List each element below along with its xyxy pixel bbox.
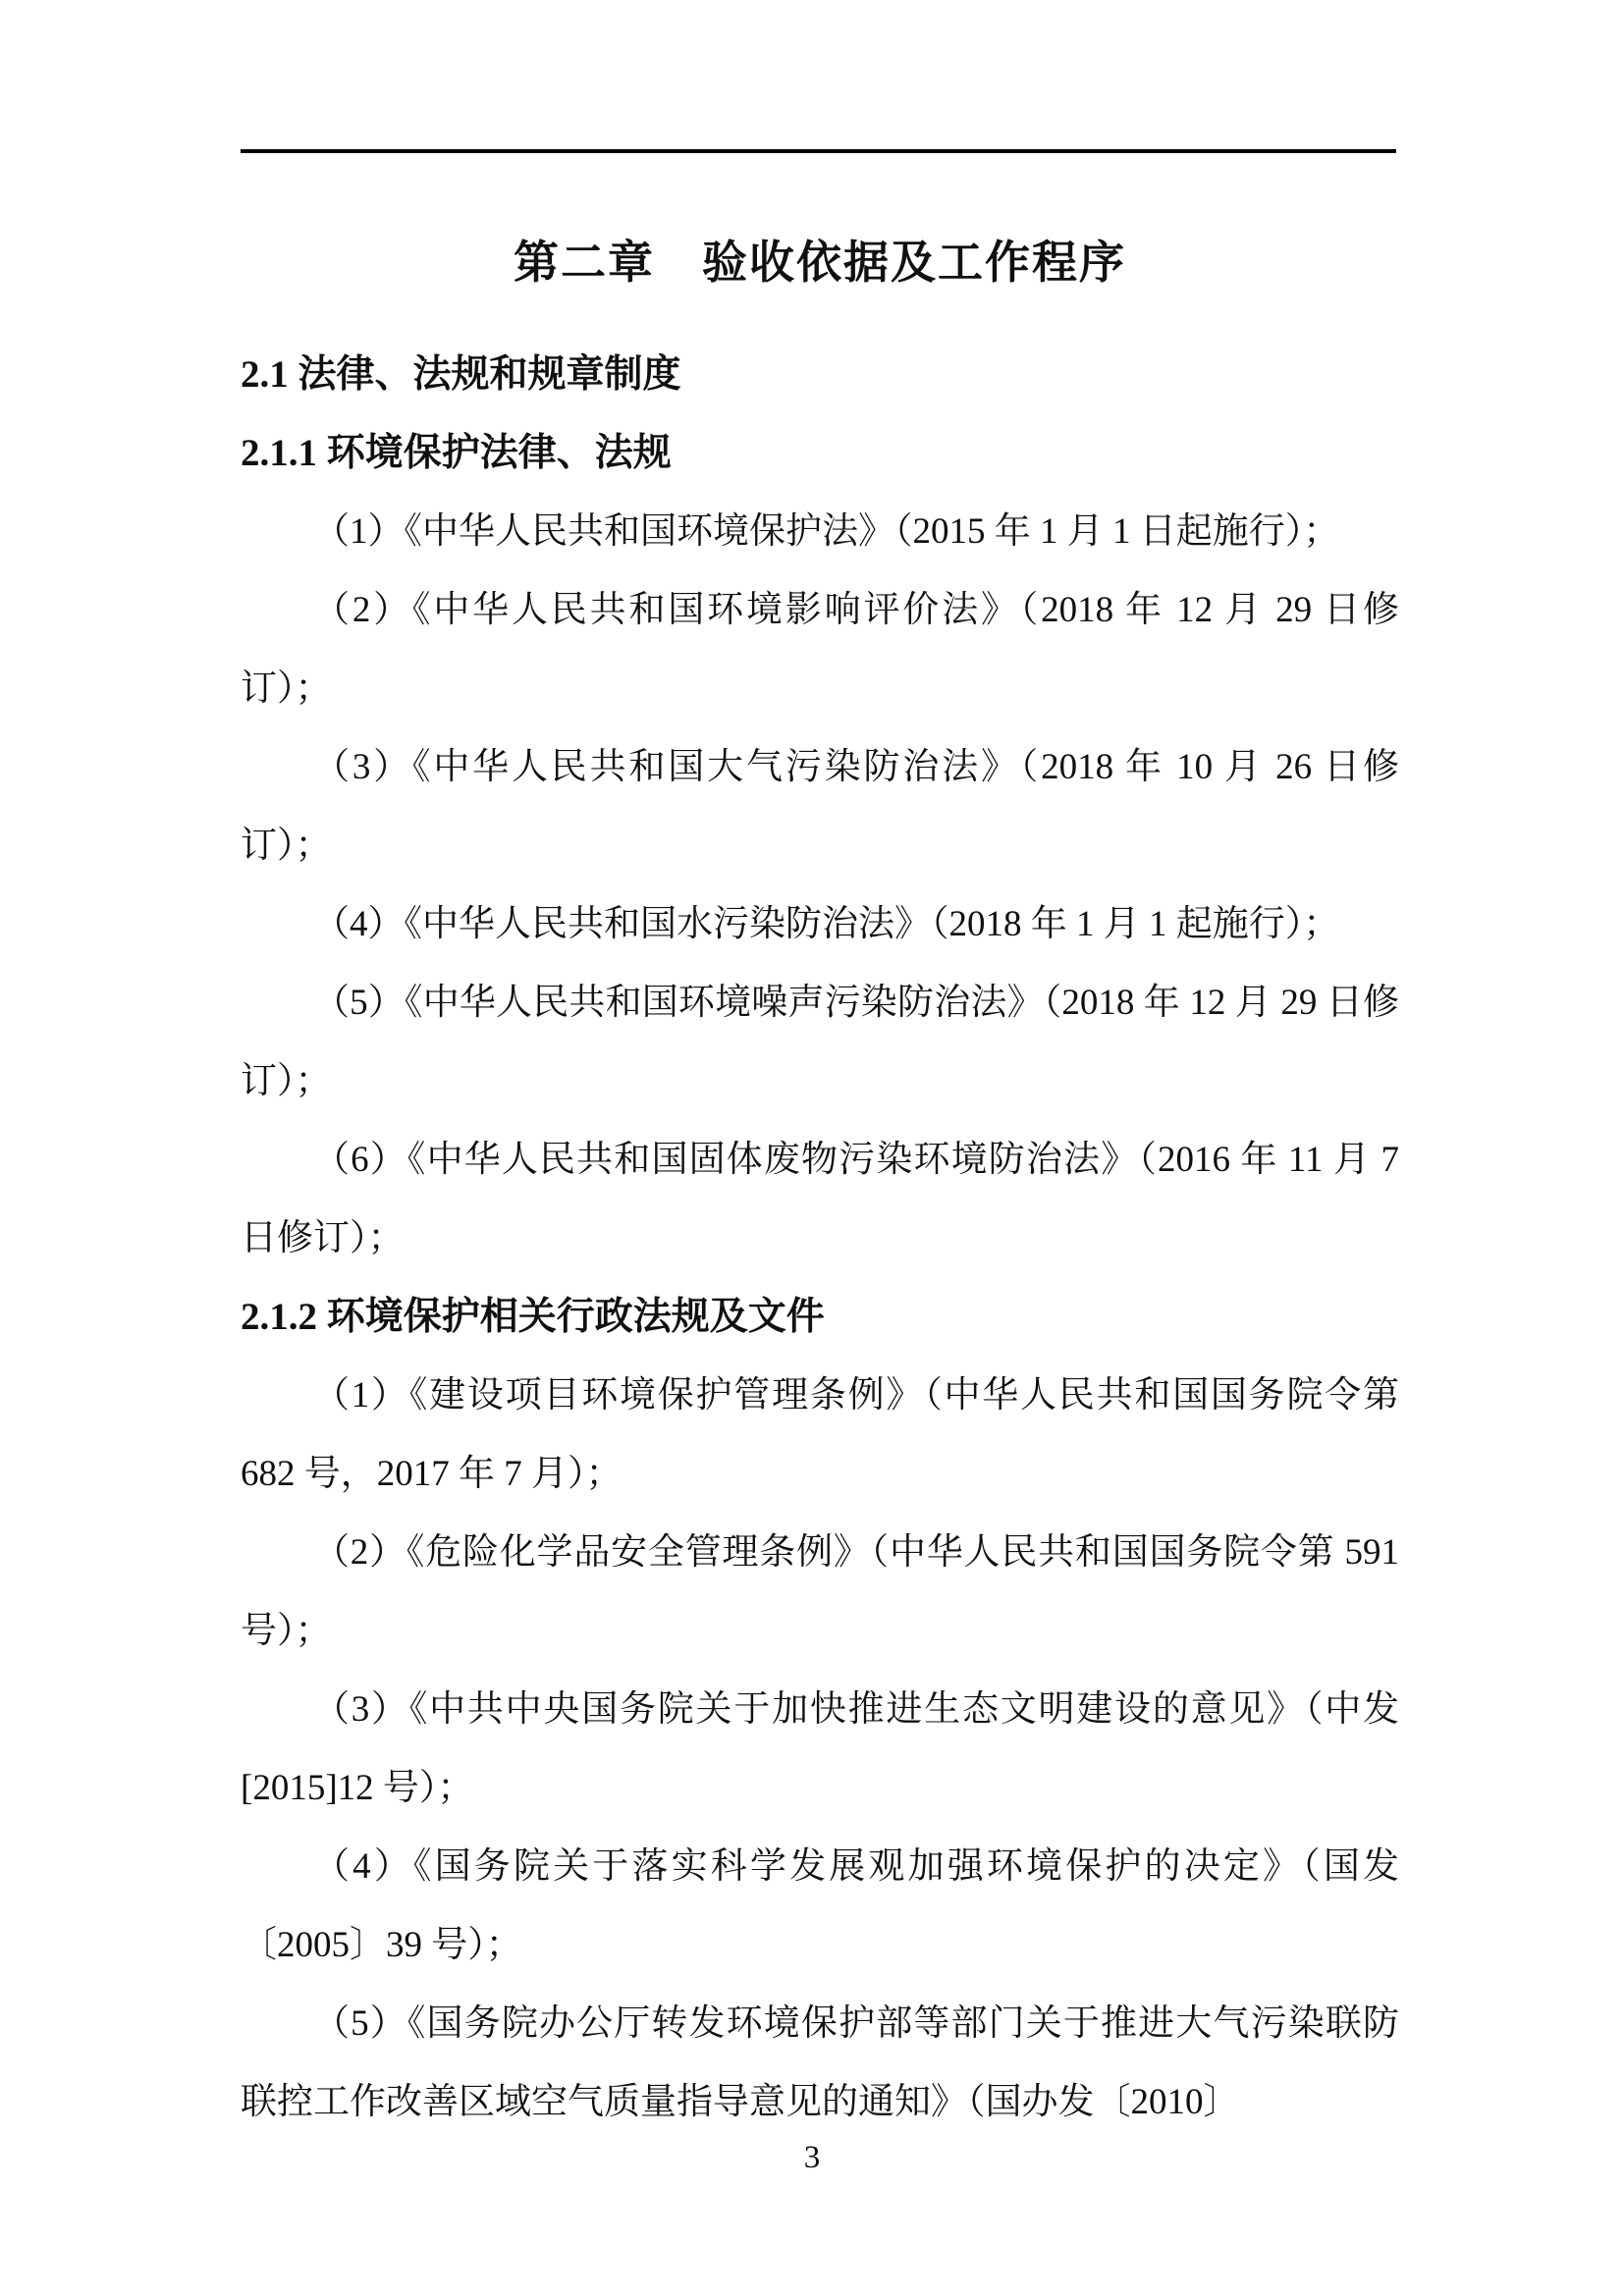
legal-item-paragraph: （1）《中华人民共和国环境保护法》（2015 年 1 月 1 日起施行）； xyxy=(241,493,1399,571)
regulation-item-paragraph: （1）《建设项目环境保护管理条例》（中华人民共和国国务院令第 682 号，201… xyxy=(241,1357,1399,1514)
page-number: 3 xyxy=(0,2138,1624,2177)
legal-item-paragraph: （5）《中华人民共和国环境噪声污染防治法》（2018 年 12 月 29 日修订… xyxy=(241,964,1399,1121)
header-rule xyxy=(241,149,1396,153)
subsection-heading-2-1-2: 2.1.2 环境保护相关行政法规及文件 xyxy=(241,1278,1399,1357)
legal-item-paragraph: （2）《中华人民共和国环境影响评价法》（2018 年 12 月 29 日修订）； xyxy=(241,571,1399,728)
regulation-item-paragraph: （5）《国务院办公厅转发环境保护部等部门关于推进大气污染联防联控工作改善区域空气… xyxy=(241,1985,1399,2142)
regulation-item-paragraph: （3）《中共中央国务院关于加快推进生态文明建设的意见》（中发[2015]12 号… xyxy=(241,1671,1399,1828)
legal-item-paragraph: （6）《中华人民共和国固体废物污染环境防治法》（2016 年 11 月 7 日修… xyxy=(241,1121,1399,1278)
section-heading-2-1: 2.1 法律、法规和规章制度 xyxy=(241,336,1399,414)
page-content: 第二章 验收依据及工作程序 2.1 法律、法规和规章制度 2.1.1 环境保护法… xyxy=(241,224,1399,2142)
regulation-item-paragraph: （4）《国务院关于落实科学发展观加强环境保护的决定》（国发〔2005〕39 号）… xyxy=(241,1828,1399,1985)
regulation-item-paragraph: （2）《危险化学品安全管理条例》（中华人民共和国国务院令第 591 号）； xyxy=(241,1514,1399,1671)
subsection-heading-2-1-1: 2.1.1 环境保护法律、法规 xyxy=(241,414,1399,493)
chapter-title: 第二章 验收依据及工作程序 xyxy=(241,224,1399,302)
legal-item-paragraph: （4）《中华人民共和国水污染防治法》（2018 年 1 月 1 起施行）； xyxy=(241,885,1399,964)
legal-item-paragraph: （3）《中华人民共和国大气污染防治法》（2018 年 10 月 26 日修订）； xyxy=(241,728,1399,885)
document-page: 第二章 验收依据及工作程序 2.1 法律、法规和规章制度 2.1.1 环境保护法… xyxy=(0,0,1624,2296)
